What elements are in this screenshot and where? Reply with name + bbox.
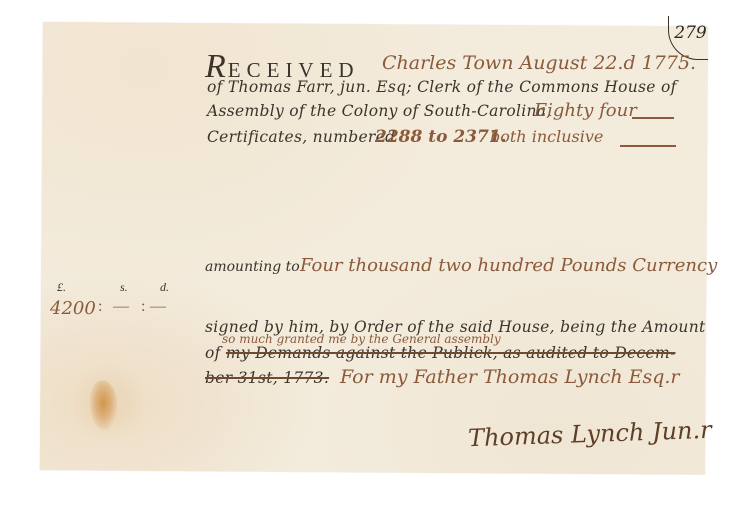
printed-line-2: Assembly of the Colony of South-Carolina…	[207, 102, 552, 120]
fill-rule-2	[620, 145, 676, 147]
shillings-label: s.	[120, 280, 128, 295]
struck-line-prefix: of	[205, 344, 221, 362]
struck-text-1: my Demands against the Publick, as audit…	[226, 344, 676, 362]
beneficiary: For my Father Thomas Lynch Esq.r	[340, 366, 680, 388]
certificate-range: 2288 to 2371.	[375, 127, 507, 147]
shillings-value: —	[113, 298, 129, 316]
pounds-label: £.	[57, 280, 66, 295]
separator-1: :	[98, 298, 102, 316]
struck-line-2: ber 31st, 1773.	[205, 369, 329, 387]
printed-line-1: of Thomas Farr, jun. Esq; Clerk of the C…	[207, 78, 677, 96]
struck-line-1: of my Demands against the Publick, as au…	[205, 344, 676, 362]
certificate-count: Eighty four	[534, 100, 637, 121]
pounds-value: 4200	[50, 298, 96, 319]
inclusive-note: both inclusive	[490, 127, 603, 146]
place-date: Charles Town August 22.d 1775.	[382, 52, 696, 74]
pence-value: —	[150, 298, 166, 316]
amount-words: Four thousand two hundred Pounds Currenc…	[300, 255, 717, 276]
separator-2: :	[141, 298, 145, 316]
amount-label: amounting to	[205, 259, 300, 275]
pence-label: d.	[160, 280, 169, 295]
catalog-number-text: 279	[674, 23, 706, 43]
struck-text-2: ber 31st, 1773.	[205, 369, 329, 387]
printed-line-3: Certificates, numbered	[207, 128, 395, 146]
fill-rule-1	[632, 117, 674, 119]
